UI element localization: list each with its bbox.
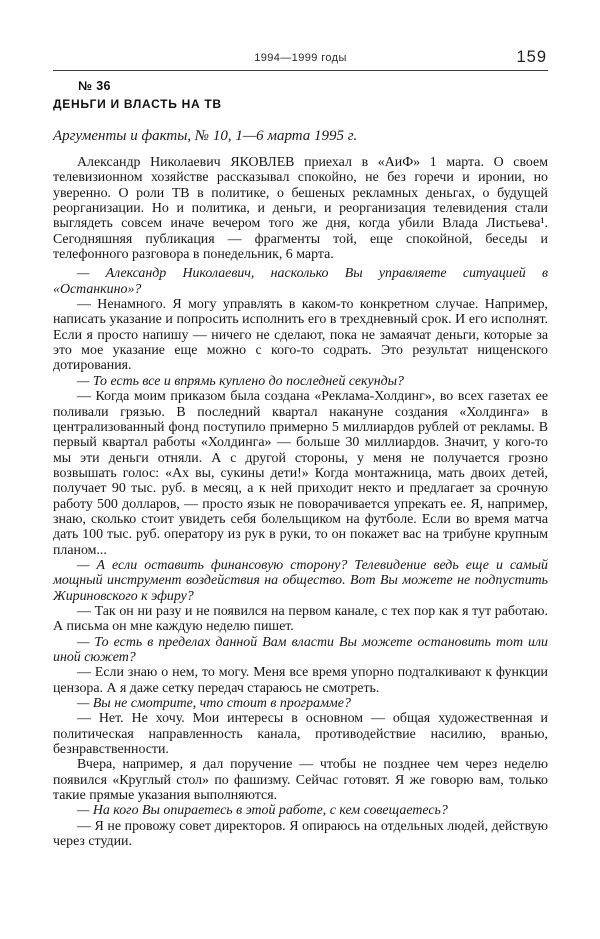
- paragraph: — Нет. Не хочу. Мои интересы в основном …: [53, 711, 548, 757]
- paragraph: — Когда моим приказом была создана «Рекл…: [53, 389, 548, 558]
- interview-question-paragraph: — То есть в пределах данной Вам власти В…: [53, 635, 548, 666]
- interview-question-paragraph: — А если оставить финансовую сторону? Те…: [53, 558, 548, 604]
- article-source: Аргументы и факты, № 10, 1—6 марта 1995 …: [53, 128, 548, 145]
- interview-question-paragraph: — Вы не смотрите, что стоит в программе?: [53, 696, 548, 711]
- paragraph: — Я не провожу совет директоров. Я опира…: [53, 819, 548, 850]
- interview-question-paragraph: — То есть все и впрямь куплено до послед…: [53, 374, 548, 389]
- paragraph: — Ненамного. Я могу управлять в каком-то…: [53, 297, 548, 374]
- page-number: 159: [516, 48, 547, 67]
- paragraph: — Если знаю о нем, то могу. Меня все вре…: [53, 665, 548, 696]
- paragraph: — Так он ни разу и не появился на первом…: [53, 604, 548, 635]
- book-page: 1994—1999 годы 159 № 36 ДЕНЬГИ И ВЛАСТЬ …: [0, 0, 600, 939]
- paragraph: Александр Николаевич ЯКОВЛЕВ приехал в «…: [53, 155, 548, 262]
- running-head: 1994—1999 годы 159: [53, 50, 548, 71]
- running-title: 1994—1999 годы: [53, 52, 548, 64]
- article-number: № 36: [78, 79, 548, 93]
- article-title: ДЕНЬГИ И ВЛАСТЬ НА ТВ: [53, 97, 548, 111]
- paragraph: Вчера, например, я дал поручение — чтобы…: [53, 757, 548, 803]
- interview-question-paragraph: — Александр Николаевич, насколько Вы упр…: [53, 266, 548, 297]
- article-head: № 36 ДЕНЬГИ И ВЛАСТЬ НА ТВ: [53, 79, 548, 111]
- interview-question-paragraph: — На кого Вы опираетесь в этой работе, с…: [53, 803, 548, 818]
- article-body: Александр Николаевич ЯКОВЛЕВ приехал в «…: [53, 155, 548, 849]
